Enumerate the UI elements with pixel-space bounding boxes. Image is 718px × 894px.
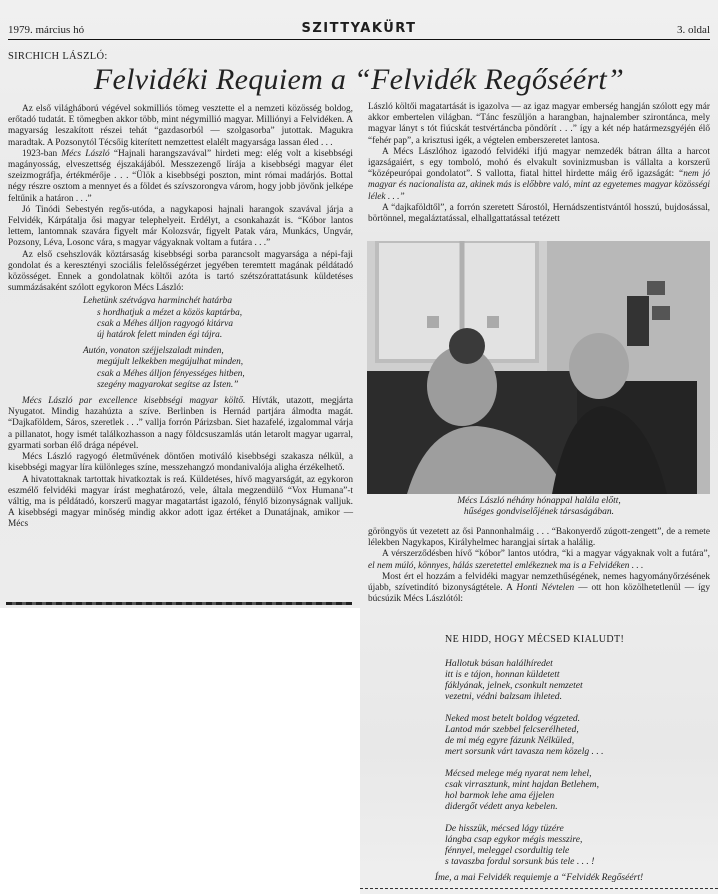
paragraph: A hivatottaknak tartottak hivatkoztak is…: [8, 475, 353, 531]
paragraph: A vérszerződésben hívő “kóbor” lantos ut…: [368, 549, 710, 571]
poem-stanza: Autón, vonaton széjjelszaladt minden, me…: [83, 346, 353, 391]
poem-stanza: Hallotuk búsan halálhíredet itt is e táj…: [445, 658, 604, 702]
paragraph: László költői magatartását is igazolva —…: [368, 102, 710, 147]
masthead: 1979. március hó SZITTYAKÜRT 3. oldal: [8, 21, 710, 40]
paragraph: A “dajkaföldtől”, a forrón szeretett Sár…: [368, 203, 710, 225]
photo-image: [367, 241, 710, 494]
page-number: 3. oldal: [677, 24, 710, 36]
byline: SIRCHICH LÁSZLÓ:: [8, 51, 108, 62]
paragraph: 1923-ban Mécs László “Hajnali harangszav…: [8, 149, 353, 205]
right-column-bottom: göröngyös út vezetett az ősi Pannonhalmá…: [368, 507, 710, 605]
poem-title: NE HIDD, HOGY MÉCSED KIALUDT!: [445, 634, 624, 645]
paragraph: Mécs László par excellence kisebbségi ma…: [8, 396, 353, 452]
poem-stanza: Neked most betelt boldog végzeted. Lanto…: [445, 713, 604, 757]
farewell-poem: Hallotuk búsan halálhíredet itt is e táj…: [445, 658, 604, 878]
poem-stanza: De hisszük, mécsed lágy tüzére lángba cs…: [445, 823, 604, 867]
photo-mecs-laszlo: [367, 241, 710, 494]
poem-stanza: Lehetünk szétvágva harminchét határba s …: [83, 296, 353, 341]
publication-name: SZITTYAKÜRT: [8, 21, 710, 36]
poem-stanza: Mécsed melege még nyarat nem lehel, csak…: [445, 768, 604, 812]
headline: Felvidéki Requiem a “Felvidék Regőséért”: [0, 63, 718, 97]
closing-line: Íme, a mai Felvidék requiemje a “Felvidé…: [360, 872, 718, 883]
torn-edge: [360, 888, 718, 893]
paragraph: göröngyös út vezetett az ősi Pannonhalmá…: [368, 527, 710, 549]
paragraph: Az első világháború végével sokmilliós t…: [8, 104, 353, 149]
paragraph: Jó Tinódi Sebestyén regős-utóda, a nagyk…: [8, 205, 353, 250]
poet-name: Mécs László: [61, 149, 109, 159]
left-column: Az első világháború végével sokmilliós t…: [8, 104, 353, 531]
paragraph: Mécs László ragyogó életművének döntően …: [8, 452, 353, 474]
embedded-poem: Lehetünk szétvágva harminchét határba s …: [83, 296, 353, 391]
paragraph: A Mécs Lászlóhoz igazodó felvidéki ifjú …: [368, 147, 710, 203]
right-column-top: László költői magatartását is igazolva —…: [368, 102, 710, 225]
paragraph: Most ért el hozzám a felvidéki magyar ne…: [368, 572, 710, 606]
paragraph: Az első csehszlovák köztársaság kisebbsé…: [8, 250, 353, 295]
